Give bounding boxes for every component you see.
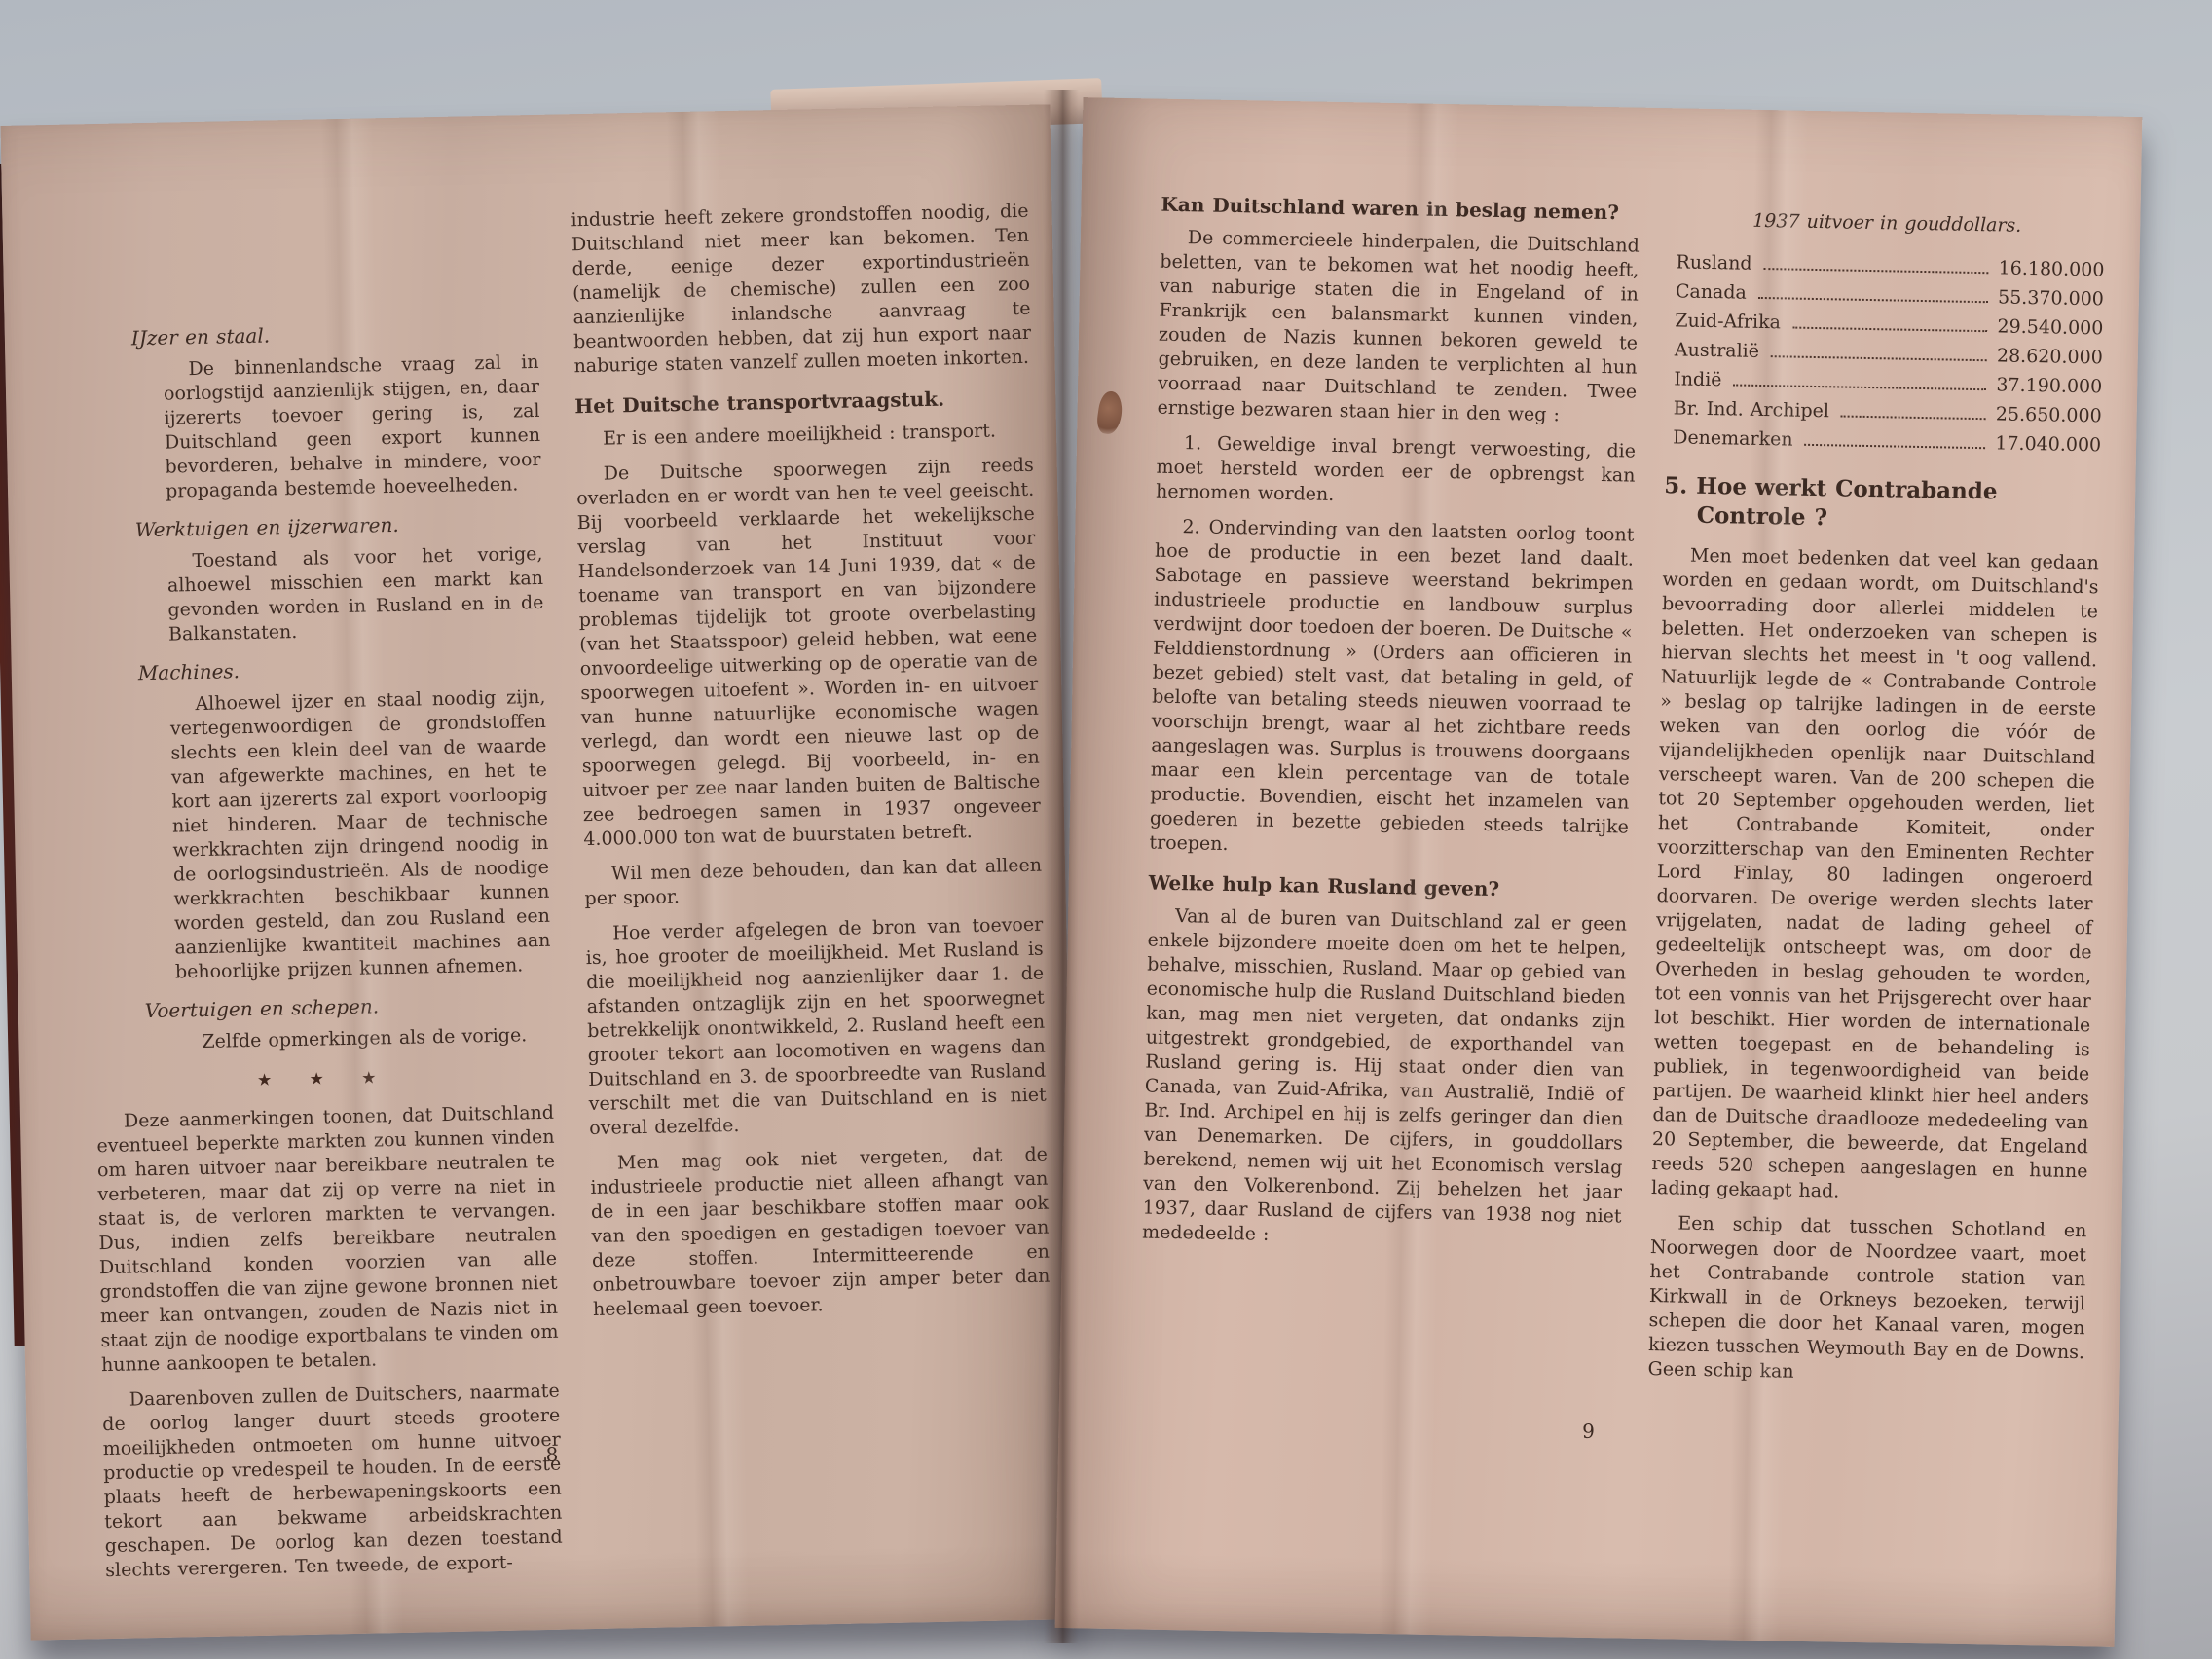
paragraph: Men mag ook niet vergeten, dat de indust… [590, 1143, 1051, 1322]
dot-leader [1804, 444, 1985, 449]
table-country: Denemarken [1673, 423, 1793, 454]
left-page-columns: IJzer en staal. De binnenlandsche vraag … [0, 104, 1079, 1595]
right-page-column-1: Kan Duitschland waren in beslag nemen? D… [1139, 193, 1640, 1392]
section-heading-ijzer-en-staal: IJzer en staal. [131, 318, 538, 350]
table-country: Canada [1676, 276, 1747, 307]
table-country: Zuid-Afrika [1675, 306, 1781, 337]
table-value: 28.620.000 [1997, 341, 2103, 372]
dot-leader [1758, 297, 1988, 303]
section-heading-transportvraagstuk: Het Duitsche transportvraagstuk. [574, 386, 1032, 419]
dot-leader [1841, 415, 1986, 420]
photo-background: IJzer en staal. De binnenlandsche vraag … [0, 0, 2212, 1659]
numbered-item-1: 1. Geweldige inval brengt verwoesting, d… [1156, 431, 1636, 513]
section-heading-machines: Machines. [138, 653, 545, 685]
right-page-columns: Kan Duitschland waren in beslag nemen? D… [1059, 97, 2142, 1401]
dot-leader [1771, 355, 1987, 361]
left-page-column-2: industrie heeft zekere grondstoffen nood… [571, 200, 1055, 1584]
page-right: Kan Duitschland waren in beslag nemen? D… [1055, 97, 2143, 1647]
paragraph: Hoe verder afgelegen de bron van toevoer… [585, 913, 1047, 1141]
paragraph: Toestand als voor het vorige, alhoewel m… [166, 542, 544, 647]
table-value: 55.370.000 [1998, 282, 2104, 313]
paragraph: Daarenboven zullen de Duitschers, naarma… [102, 1380, 564, 1583]
left-page-column-1: IJzer en staal. De binnenlandsche vraag … [81, 318, 564, 1594]
paragraph-continuation: industrie heeft zekere grondstoffen nood… [571, 200, 1031, 379]
numbered-item-2: 2. Ondervinding van den laatsten oorlog … [1149, 515, 1634, 865]
stars-separator: ★ ★ ★ [95, 1063, 553, 1096]
right-page-column-2: 1937 uitvoer in gouddollars. Rusland 16.… [1647, 207, 2105, 1400]
paragraph: Een schip dat tusschen Schotland en Noor… [1647, 1211, 2086, 1389]
section-heading-contrabande-controle: 5. Hoe werkt Contrabande Controle ? [1663, 471, 2100, 537]
table-value: 37.190.000 [1996, 370, 2102, 401]
paragraph: Wil men deze behouden, dan kan dat allee… [584, 854, 1043, 911]
table-value: 16.180.000 [1998, 253, 2104, 284]
table-country: Australië [1675, 335, 1760, 366]
paragraph: Er is een andere moeilijkheid : transpor… [575, 419, 1033, 452]
paragraph: De binnenlandsche vraag zal in oorlogsti… [163, 350, 541, 504]
table-country: Br. Ind. Archipel [1673, 393, 1829, 425]
table-value: 29.540.000 [1997, 312, 2103, 343]
dot-leader [1763, 268, 1988, 274]
paragraph: Zelfde opmerkingen als de vorige. [176, 1023, 552, 1055]
table-country: Indië [1674, 364, 1722, 394]
paragraph: Alhoewel ijzer en staal noodig zijn, ver… [169, 685, 551, 985]
export-table-title: 1937 uitvoer in gouddollars. [1669, 207, 2105, 240]
paragraph: Deze aanmerkingen toonen, dat Duitschlan… [96, 1101, 559, 1378]
table-value: 25.650.000 [1996, 399, 2102, 430]
export-table: 1937 uitvoer in gouddollars. Rusland 16.… [1665, 207, 2106, 460]
dot-leader [1733, 384, 1986, 390]
paragraph: Men moet bedenken dat veel kan gedaan wo… [1651, 543, 2099, 1208]
paragraph: De commercieele hinderpalen, die Duitsch… [1157, 226, 1640, 429]
table-value: 17.040.000 [1995, 428, 2101, 460]
section-heading-werktuigen: Werktuigen en ijzerwaren. [135, 510, 542, 542]
paragraph: Van al de buren van Duitschland zal er g… [1142, 904, 1627, 1254]
section-heading-voertuigen: Voertuigen en schepen. [145, 991, 552, 1023]
dot-leader [1792, 327, 1988, 333]
section-heading-beslag-nemen: Kan Duitschland waren in beslag nemen? [1161, 193, 1640, 226]
paragraph: De Duitsche spoorwegen zijn reeds overla… [576, 454, 1042, 852]
section-heading-hulp-rusland: Welke hulp kan Rusland geven? [1148, 871, 1627, 904]
page-left: IJzer en staal. De binnenlandsche vraag … [0, 104, 1080, 1640]
table-country: Rusland [1676, 247, 1752, 277]
page-number-9: 9 [1058, 1410, 2118, 1453]
